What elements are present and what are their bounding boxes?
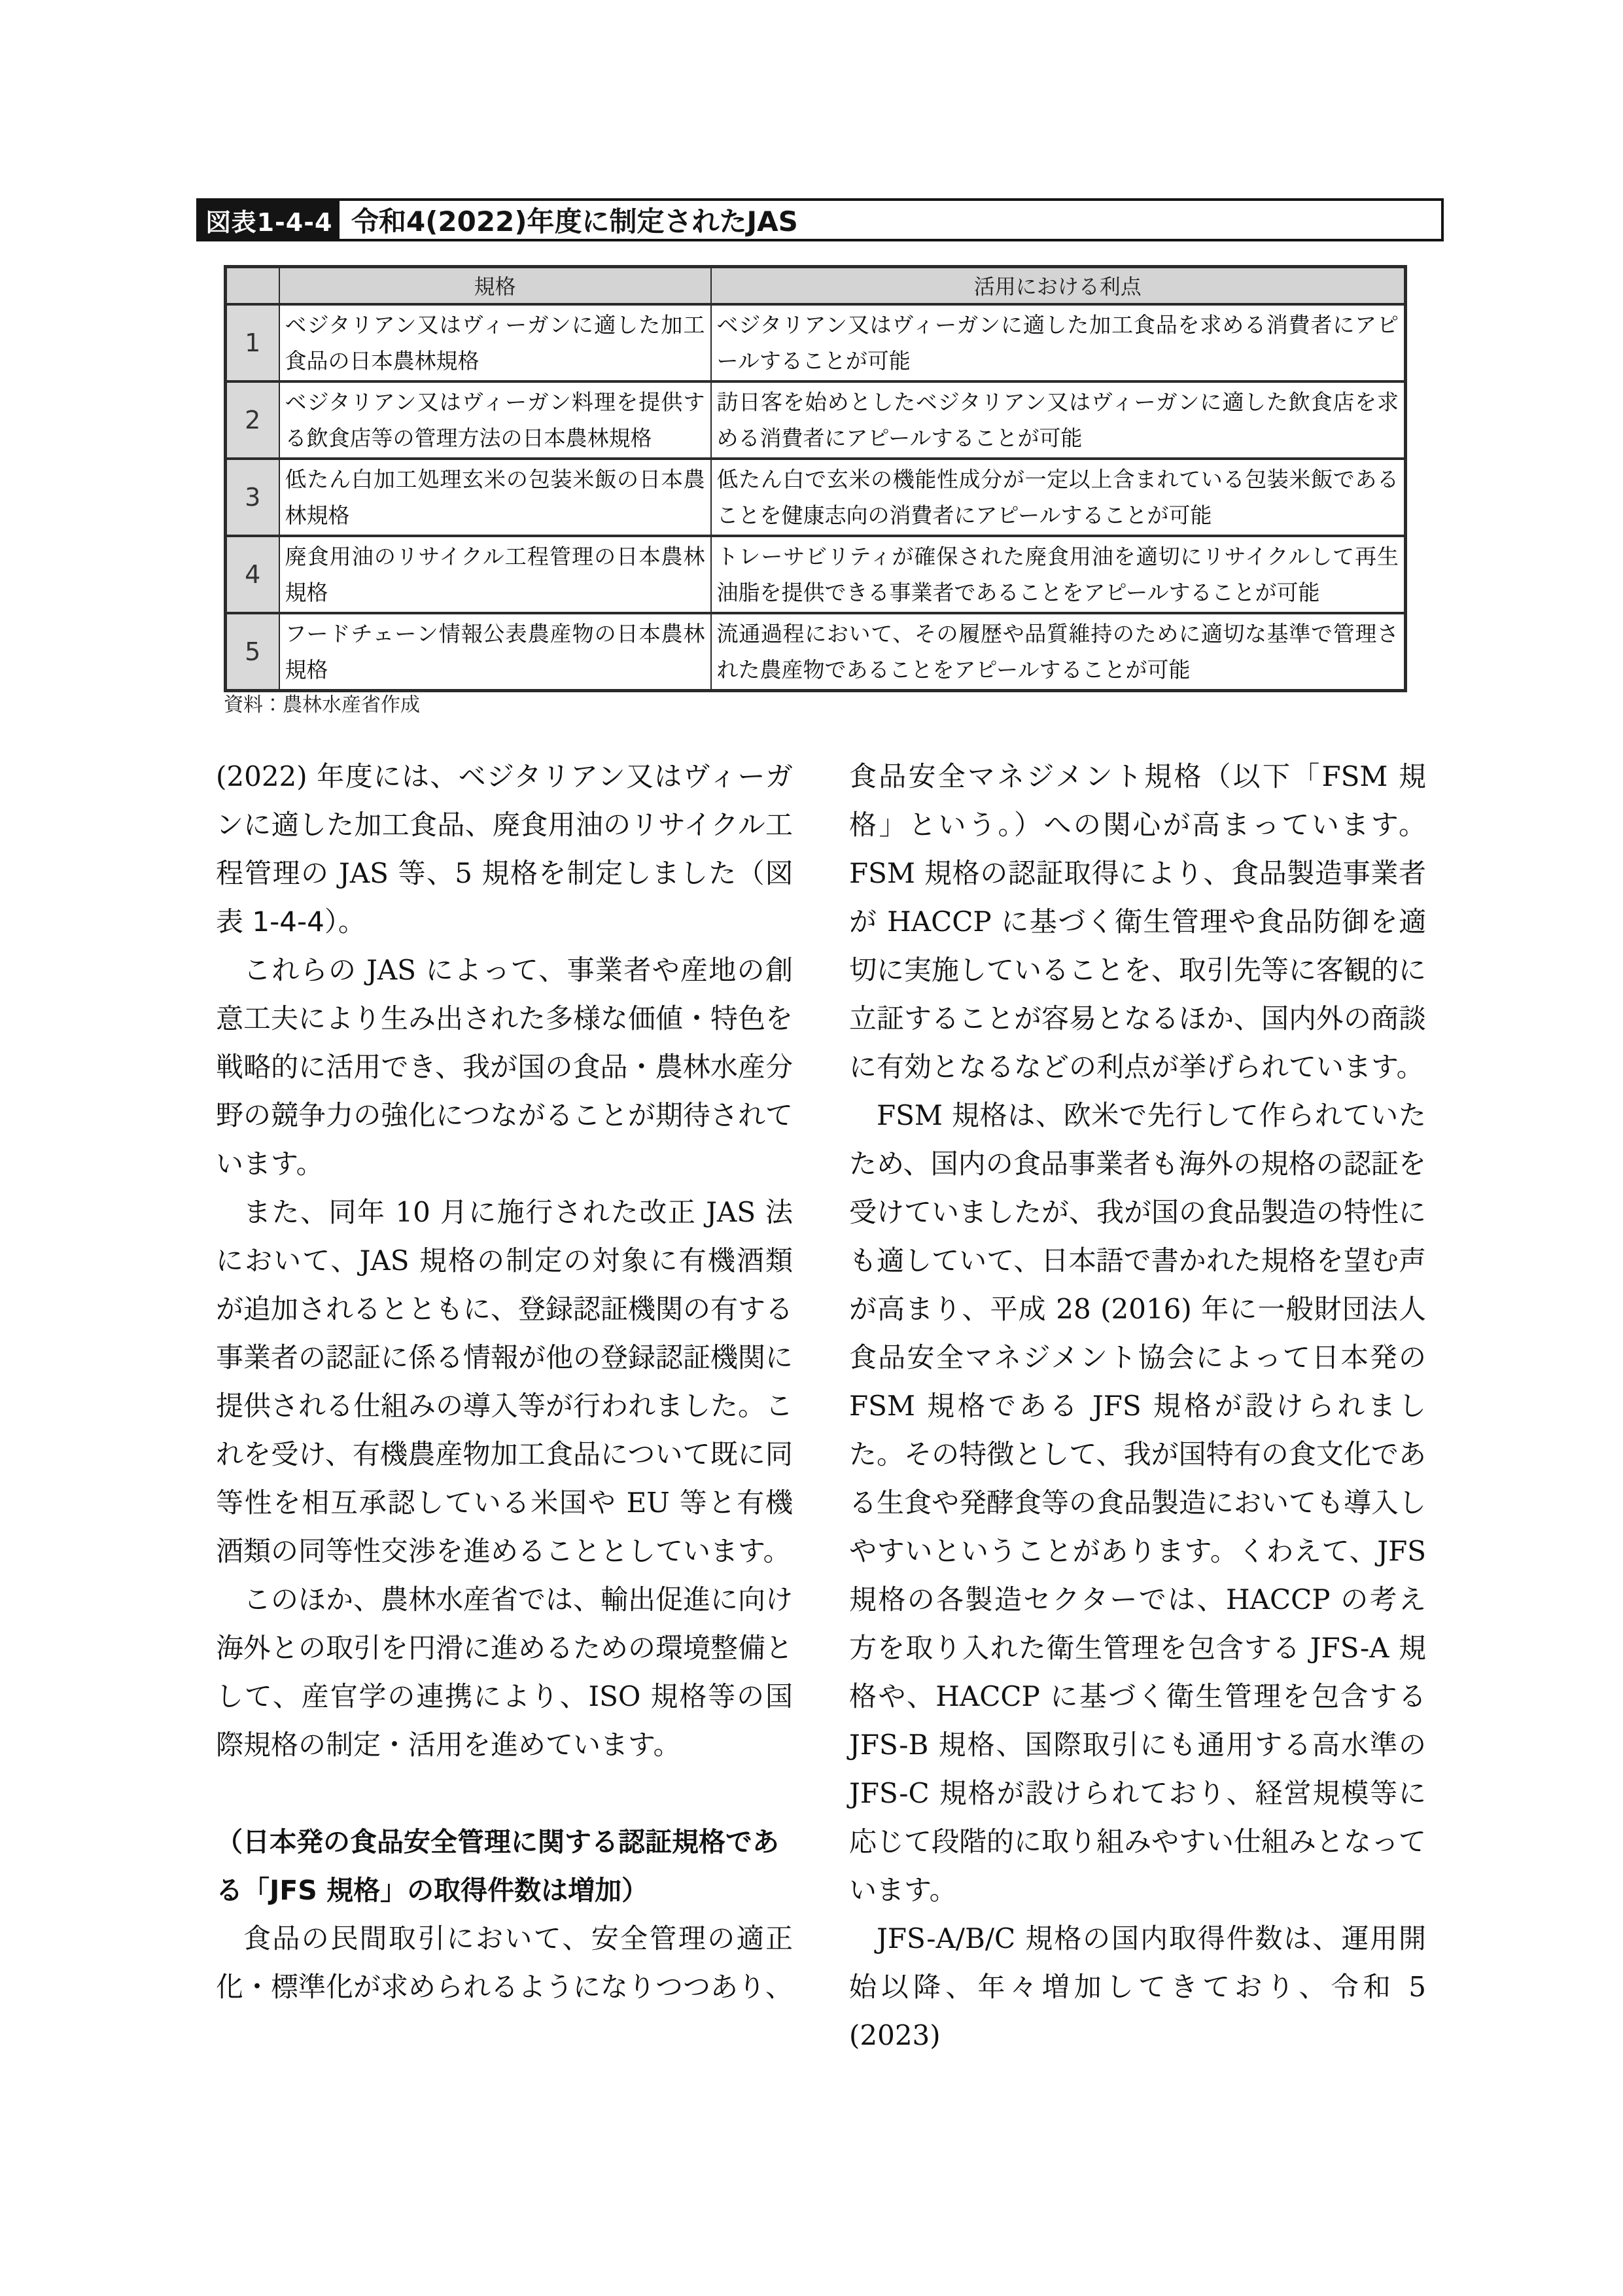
header-standard: 規格 bbox=[279, 267, 711, 304]
text-run: 食品の民間取引において、安全管理の適正化・標準化が求められるようになりつつあり、 bbox=[216, 1922, 793, 2003]
text-run: （日本発の食品安全管理に関する認証規格である「JFS 規格」の取得件数は増加） bbox=[216, 1826, 779, 1906]
benefit-cell: ベジタリアン又はヴィーガンに適した加工食品を求める消費者にアピールすることが可能 bbox=[711, 304, 1406, 381]
body-column-left: (2022) 年度には、ベジタリアン又はヴィーガンに適した加工食品、廃食用油のリ… bbox=[216, 752, 793, 2011]
table-row: 5 フードチェーン情報公表農産物の日本農林規格 流通過程において、その履歴や品質… bbox=[226, 613, 1406, 691]
standard-cell: 廃食用油のリサイクル工程管理の日本農林規格 bbox=[279, 536, 711, 613]
table-row: 3 低たん白加工処理玄米の包装米飯の日本農林規格 低たん白で玄米の機能性成分が一… bbox=[226, 459, 1406, 536]
benefit-cell: 低たん白で玄米の機能性成分が一定以上含まれている包装米飯であることを健康志向の消… bbox=[711, 459, 1406, 536]
row-number-cell: 3 bbox=[226, 459, 279, 536]
body-paragraph: これらの JAS によって、事業者や産地の創意工夫により生み出された多様な価値・… bbox=[216, 946, 793, 1188]
body-paragraph: FSM 規格は、欧米で先行して作られていたため、国内の食品事業者も海外の規格の認… bbox=[849, 1091, 1426, 1915]
body-paragraph: また、同年 10 月に施行された改正 JAS 法において、JAS 規格の制定の対… bbox=[216, 1188, 793, 1576]
body-paragraph: 食品安全マネジメント規格（以下「FSM 規格」という。）への関心が高まっています… bbox=[849, 752, 1426, 1091]
table-header-row: 規格 活用における利点 bbox=[226, 267, 1406, 304]
row-number-cell: 5 bbox=[226, 613, 279, 691]
body-paragraph: 食品の民間取引において、安全管理の適正化・標準化が求められるようになりつつあり、 bbox=[216, 1915, 793, 2011]
document-page: { "figure": { "label": "図表1-4-4", "title… bbox=[0, 0, 1623, 2296]
body-paragraph: このほか、農林水産省では、輸出促進に向け海外との取引を円滑に進めるための環境整備… bbox=[216, 1576, 793, 1769]
body-paragraph: (2022) 年度には、ベジタリアン又はヴィーガンに適した加工食品、廃食用油のリ… bbox=[216, 752, 793, 946]
standard-cell: ベジタリアン又はヴィーガン料理を提供する飲食店等の管理方法の日本農林規格 bbox=[279, 381, 711, 459]
table-row: 4 廃食用油のリサイクル工程管理の日本農林規格 トレーサビリティが確保された廃食… bbox=[226, 536, 1406, 613]
table-row: 1 ベジタリアン又はヴィーガンに適した加工食品の日本農林規格 ベジタリアン又はヴ… bbox=[226, 304, 1406, 381]
text-run: 。 bbox=[338, 906, 366, 938]
figure-title: 令和4(2022)年度に制定されたJAS bbox=[340, 201, 798, 239]
text-run: 食品安全マネジメント規格（以下「FSM 規格」という。）への関心が高まっています… bbox=[849, 760, 1426, 1083]
benefit-cell: 訪日客を始めとしたベジタリアン又はヴィーガンに適した飲食店を求める消費者にアピー… bbox=[711, 381, 1406, 459]
standard-cell: フードチェーン情報公表農産物の日本農林規格 bbox=[279, 613, 711, 691]
body-column-right: 食品安全マネジメント規格（以下「FSM 規格」という。）への関心が高まっています… bbox=[849, 752, 1426, 2060]
figure-title-bar: 図表1-4-4 令和4(2022)年度に制定されたJAS bbox=[196, 198, 1444, 241]
section-heading: （日本発の食品安全管理に関する認証規格である「JFS 規格」の取得件数は増加） bbox=[216, 1818, 793, 1915]
jas-table-body: 1 ベジタリアン又はヴィーガンに適した加工食品の日本農林規格 ベジタリアン又はヴ… bbox=[226, 304, 1406, 691]
text-run: また、同年 10 月に施行された改正 JAS 法において、JAS 規格の制定の対… bbox=[216, 1196, 793, 1567]
standard-cell: ベジタリアン又はヴィーガンに適した加工食品の日本農林規格 bbox=[279, 304, 711, 381]
header-benefit: 活用における利点 bbox=[711, 267, 1406, 304]
row-number-cell: 4 bbox=[226, 536, 279, 613]
row-number-cell: 1 bbox=[226, 304, 279, 381]
header-corner-cell bbox=[226, 267, 279, 304]
benefit-cell: 流通過程において、その履歴や品質維持のために適切な基準で管理された農産物であるこ… bbox=[711, 613, 1406, 691]
text-run: このほか、農林水産省では、輸出促進に向け海外との取引を円滑に進めるための環境整備… bbox=[216, 1583, 793, 1761]
row-number-cell: 2 bbox=[226, 381, 279, 459]
standard-cell: 低たん白加工処理玄米の包装米飯の日本農林規格 bbox=[279, 459, 711, 536]
text-run: JFS-A/B/C 規格の国内取得件数は、運用開始以降、年々増加してきており、令… bbox=[849, 1922, 1426, 2051]
text-run: (2022) 年度には、ベジタリアン又はヴィーガンに適した加工食品、廃食用油のリ… bbox=[216, 760, 793, 889]
text-run: これらの JAS によって、事業者や産地の創意工夫により生み出された多様な価値・… bbox=[216, 954, 793, 1180]
body-paragraph: JFS-A/B/C 規格の国内取得件数は、運用開始以降、年々増加してきており、令… bbox=[849, 1915, 1426, 2060]
jas-standards-table: 規格 活用における利点 1 ベジタリアン又はヴィーガンに適した加工食品の日本農林… bbox=[224, 265, 1407, 692]
figure-number-label: 図表1-4-4 bbox=[199, 201, 340, 239]
source-note: 資料：農林水産省作成 bbox=[224, 688, 420, 717]
text-run: FSM 規格は、欧米で先行して作られていたため、国内の食品事業者も海外の規格の認… bbox=[849, 1099, 1426, 1906]
table-row: 2 ベジタリアン又はヴィーガン料理を提供する飲食店等の管理方法の日本農林規格 訪… bbox=[226, 381, 1406, 459]
benefit-cell: トレーサビリティが確保された廃食用油を適切にリサイクルして再生油脂を提供できる事… bbox=[711, 536, 1406, 613]
